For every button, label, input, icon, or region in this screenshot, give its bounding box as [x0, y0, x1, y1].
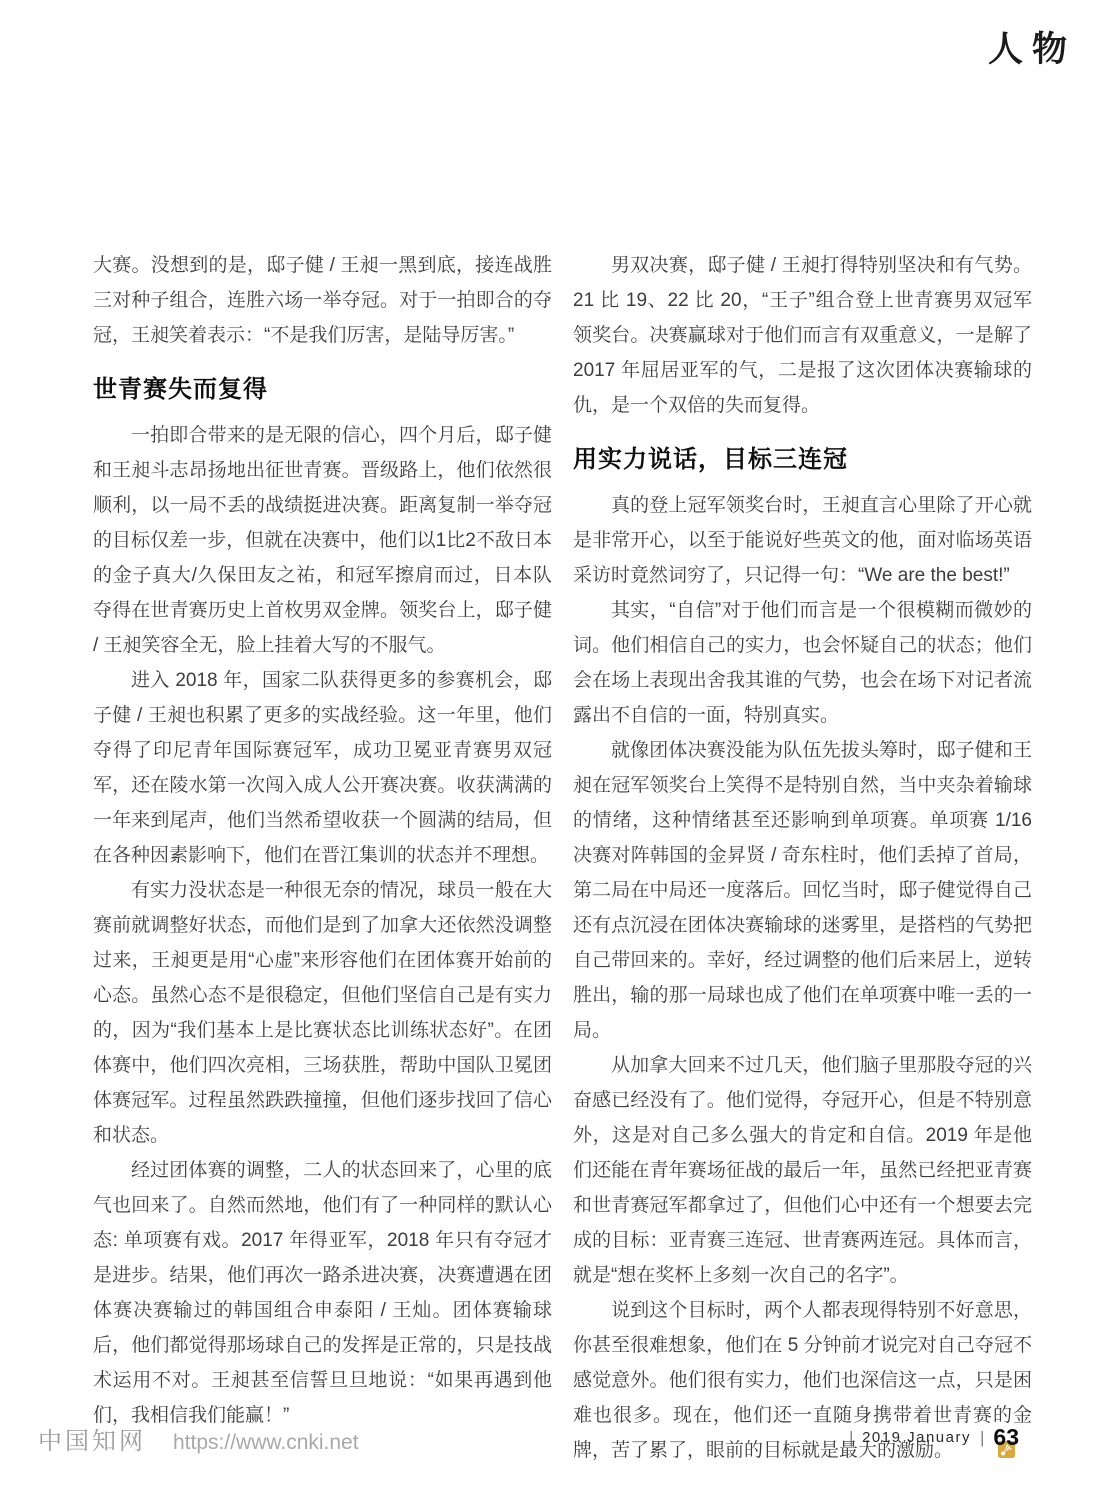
paragraph: 经过团体赛的调整，二人的状态回来了，心里的底气也回来了。自然而然地，他们有了一种… [93, 1153, 552, 1433]
page-number: 63 [993, 1424, 1019, 1451]
paragraph: 进入 2018 年，国家二队获得更多的参赛机会，邸子健 / 王昶也积累了更多的实… [93, 663, 552, 873]
paragraph: 一拍即合带来的是无限的信心，四个月后，邸子健和王昶斗志昂扬地出征世青赛。晋级路上… [93, 418, 552, 663]
paragraph: 其实，“自信”对于他们而言是一个很模糊而微妙的词。他们相信自己的实力，也会怀疑自… [573, 593, 1032, 733]
paragraph: 从加拿大回来不过几天，他们脑子里那股夺冠的兴奋感已经没有了。他们觉得，夺冠开心，… [573, 1048, 1032, 1293]
left-column: 大赛。没想到的是，邸子健 / 王昶一黑到底，接连战胜三对种子组合，连胜六场一举夺… [93, 248, 552, 1468]
section-heading-world-juniors: 世青赛失而复得 [93, 375, 552, 405]
paragraph: 有实力没状态是一种很无奈的情况，球员一般在大赛前就调整好状态，而他们是到了加拿大… [93, 873, 552, 1153]
section-heading-goal: 用实力说话，目标三连冠 [573, 445, 1032, 475]
footer-separator: | [849, 1428, 852, 1448]
footer-watermark: 中国知网 https://www.cnki.net [38, 1421, 359, 1456]
footer-separator: | [981, 1428, 984, 1448]
cnki-site-url: https://www.cnki.net [173, 1431, 359, 1455]
magazine-page: 人物 大赛。没想到的是，邸子健 / 王昶一黑到底，接连战胜三对种子组合，连胜六场… [0, 0, 1118, 1486]
right-column: 男双决赛，邸子健 / 王昶打得特别坚决和有气势。21 比 19、22 比 20，… [573, 248, 1032, 1468]
article-body: 大赛。没想到的是，邸子健 / 王昶一黑到底，接连战胜三对种子组合，连胜六场一举夺… [93, 248, 1033, 1468]
footer-pagination: | 2019 January | 63 [849, 1424, 1019, 1451]
paragraph: 就像团体决赛没能为队伍先拔头筹时，邸子健和王昶在冠军领奖台上笑得不是特别自然，当… [573, 733, 1032, 1048]
paragraph: 男双决赛，邸子健 / 王昶打得特别坚决和有气势。21 比 19、22 比 20，… [573, 248, 1032, 423]
issue-date: 2019 January [862, 1429, 971, 1446]
page-category-label: 人物 [988, 22, 1076, 72]
cnki-site-name: 中国知网 [38, 1421, 146, 1456]
paragraph-continued: 大赛。没想到的是，邸子健 / 王昶一黑到底，接连战胜三对种子组合，连胜六场一举夺… [93, 248, 552, 353]
paragraph: 真的登上冠军领奖台时，王昶直言心里除了开心就是非常开心，以至于能说好些英文的他，… [573, 488, 1032, 593]
